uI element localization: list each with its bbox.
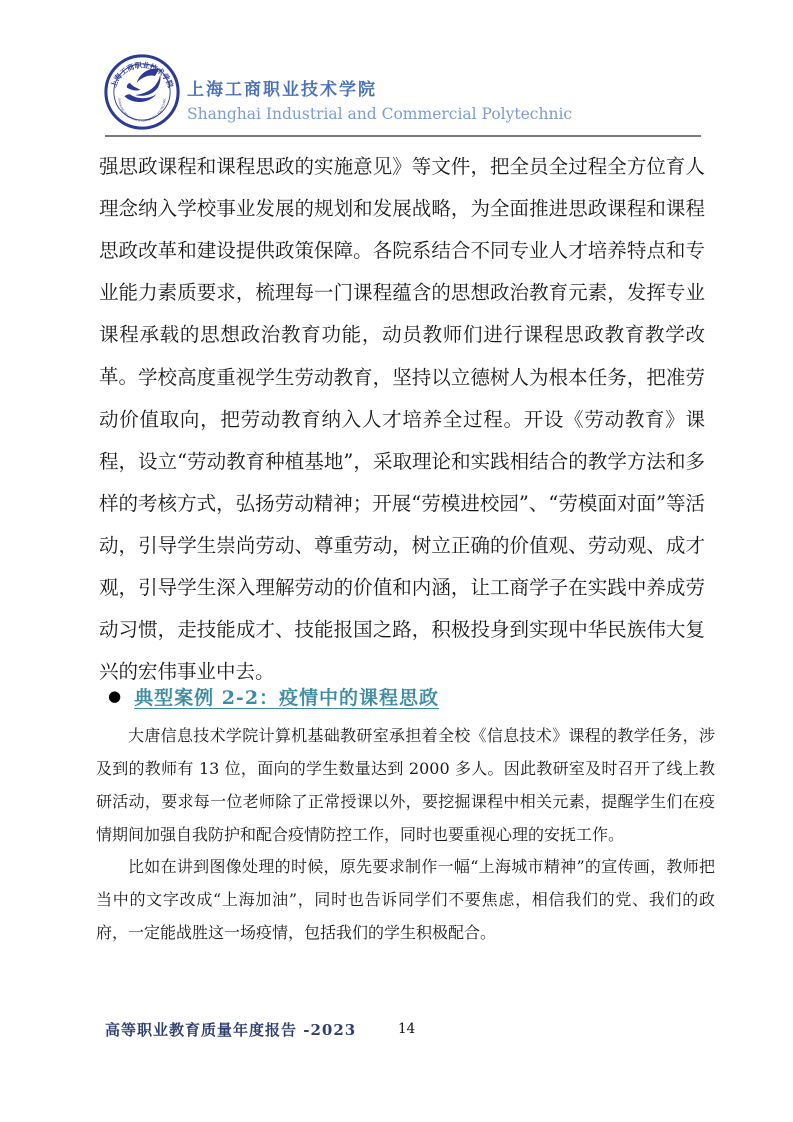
case-paragraph-2: 比如在讲到图像处理的时候，原先要求制作一幅“上海城市精神”的宣传画，教师把当中的… — [96, 850, 715, 949]
paragraph-labor-education: 学校高度重视学生劳动教育，坚持以立德树人为根本任务，把准劳动价值取向，把劳动教育… — [99, 357, 705, 693]
case-heading-row: ● 典型案例 2-2：疫情中的课程思政 — [108, 683, 439, 710]
case-paragraph-1: 大唐信息技术学院计算机基础教研室承担着全校《信息技术》课程的教学任务，涉及到的教… — [96, 719, 715, 851]
header-divider — [105, 135, 701, 137]
school-seal-icon: 上海工商职业技术学院 SHANGHAI INDUSTRIAL & COMMERC… — [104, 54, 180, 130]
school-name-en: Shanghai Industrial and Commercial Polyt… — [187, 105, 572, 123]
footer-report-title: 高等职业教育质量年度报告 -2023 — [105, 1019, 356, 1040]
bullet-icon: ● — [108, 689, 121, 704]
page-number: 14 — [398, 1021, 415, 1037]
school-name-block: 上海工商职业技术学院 Shanghai Industrial and Comme… — [187, 75, 572, 123]
school-logo: 上海工商职业技术学院 SHANGHAI INDUSTRIAL & COMMERC… — [104, 54, 180, 130]
document-page: 上海工商职业技术学院 SHANGHAI INDUSTRIAL & COMMERC… — [0, 0, 793, 1122]
school-name-zh: 上海工商职业技术学院 — [187, 75, 572, 100]
case-heading-link[interactable]: 典型案例 2-2：疫情中的课程思政 — [134, 683, 439, 710]
